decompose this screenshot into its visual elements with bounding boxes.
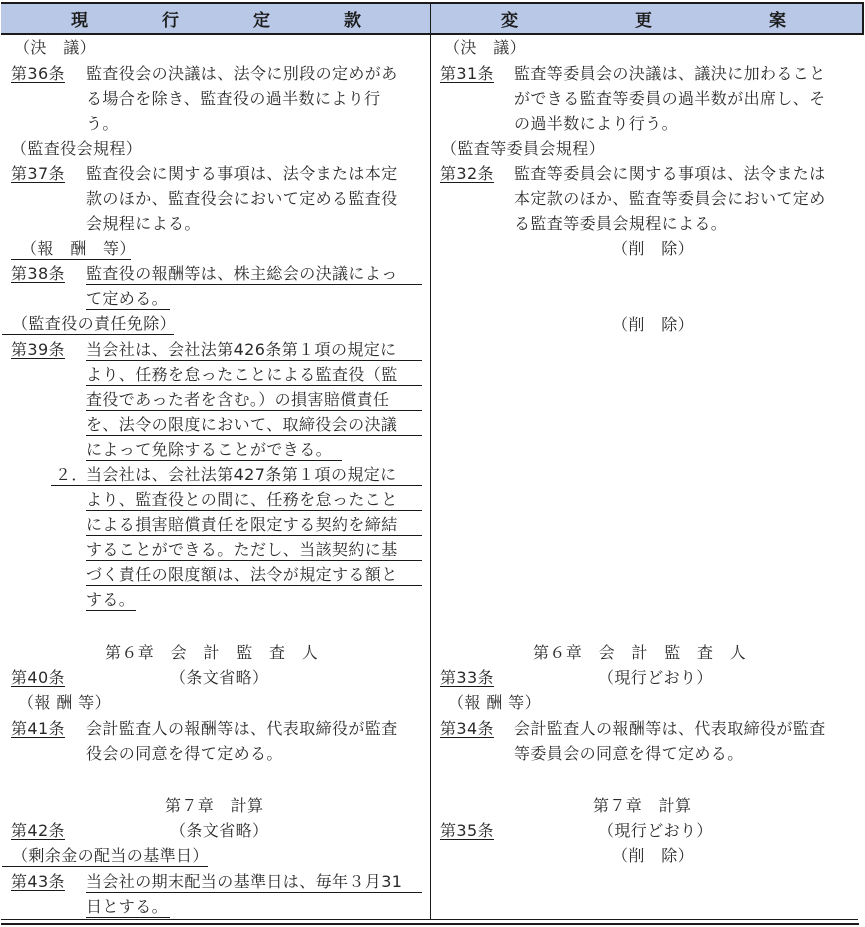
article-line: の過半数により行う。 bbox=[514, 114, 678, 134]
article-line: う。 bbox=[86, 114, 119, 134]
article-caption: （決 議） bbox=[444, 38, 526, 58]
article-line: 監査役の報酬等は、株主総会の決議によっ bbox=[86, 264, 422, 285]
header-char: 案 bbox=[769, 6, 786, 31]
article-number: 第33条 bbox=[440, 668, 494, 688]
article-caption: （報 酬 等） bbox=[11, 239, 131, 260]
article-unchanged: （現行どおり） bbox=[598, 821, 713, 841]
article-caption: （報 酬 等） bbox=[448, 693, 541, 713]
article-line: 当会社は、会社法第427条第１項の規定に bbox=[86, 465, 422, 486]
article-omitted: （条文省略） bbox=[170, 668, 268, 688]
articles-comparison-table: 現 行 定 款 変 更 案 （決 議） 第36条 監査役会の決議は、法令に別段の… bbox=[0, 0, 865, 927]
article-line: 会計監査人の報酬等は、代表取締役が監査 bbox=[514, 719, 826, 739]
article-line: による損害賠償責任を限定する契約を締結 bbox=[86, 515, 422, 536]
deleted-placeholder: （削 除） bbox=[612, 315, 694, 335]
article-unchanged: （現行どおり） bbox=[598, 668, 713, 688]
header-current-articles: 現 行 定 款 bbox=[71, 4, 361, 33]
article-line: ができる監査等委員の過半数が出席し、そ bbox=[514, 89, 826, 109]
header-char: 現 bbox=[71, 6, 88, 31]
header-right-border bbox=[862, 2, 864, 35]
article-number: 第34条 bbox=[440, 719, 494, 739]
article-caption: （剰余金の配当の基準日） bbox=[2, 846, 208, 867]
article-number: 第31条 bbox=[440, 64, 494, 84]
article-caption: （監査等委員会規程） bbox=[441, 139, 605, 159]
article-line: 査役であった者を含む。）の損害賠償責任 bbox=[86, 390, 422, 411]
deleted-placeholder: （削 除） bbox=[612, 846, 694, 866]
article-line: 等委員会の同意を得て定める。 bbox=[514, 744, 744, 764]
article-caption: （監査役会規程） bbox=[11, 139, 142, 159]
article-line: 監査役会の決議は、法令に別段の定めがあ bbox=[86, 64, 398, 84]
chapter-heading: 第７章 計算 bbox=[165, 796, 263, 816]
article-line: る場合を除き、監査役の過半数により行 bbox=[86, 89, 381, 109]
article-line: 監査等委員会に関する事項は、法令または bbox=[514, 164, 826, 184]
article-line: する。 bbox=[86, 590, 136, 611]
article-line: より、監査役との間に、任務を怠ったこと bbox=[86, 490, 422, 511]
paragraph-number: ２． bbox=[51, 465, 86, 486]
article-caption: （報 酬 等） bbox=[18, 693, 111, 713]
article-number: 第32条 bbox=[440, 164, 494, 184]
table-bottom-double-rule bbox=[1, 923, 859, 925]
deleted-placeholder: （削 除） bbox=[612, 239, 694, 259]
header-char: 更 bbox=[635, 6, 652, 31]
article-line: することができる。ただし、当該契約に基 bbox=[86, 540, 422, 561]
chapter-heading: 第６章 会 計 監 査 人 bbox=[533, 643, 746, 663]
header-char: 行 bbox=[162, 6, 179, 31]
article-line: 款のほか、監査役会において定める監査役 bbox=[86, 189, 398, 209]
header-char: 変 bbox=[501, 6, 518, 31]
article-caption: （決 議） bbox=[14, 38, 96, 58]
article-line: 役会の同意を得て定める。 bbox=[86, 744, 283, 764]
article-number: 第40条 bbox=[11, 668, 65, 688]
article-line: 本定款のほか、監査等委員会において定め bbox=[514, 189, 826, 209]
article-caption: （監査役の責任免除） bbox=[2, 314, 174, 335]
article-number: 第37条 bbox=[11, 164, 65, 184]
article-line: 当会社は、会社法第426条第１項の規定に bbox=[86, 340, 422, 361]
article-line: より、任務を怠ったことによる監査役（監 bbox=[86, 365, 422, 386]
article-number: 第41条 bbox=[11, 719, 65, 739]
header-char: 定 bbox=[253, 6, 270, 31]
article-line: て定める。 bbox=[86, 289, 170, 310]
article-line: 会計監査人の報酬等は、代表取締役が監査 bbox=[86, 719, 398, 739]
article-omitted: （条文省略） bbox=[170, 821, 268, 841]
article-number: 第39条 bbox=[11, 340, 65, 360]
article-number: 第43条 bbox=[11, 872, 65, 892]
article-number: 第38条 bbox=[11, 264, 65, 284]
table-header: 現 行 定 款 変 更 案 bbox=[1, 2, 863, 35]
article-line: 監査等委員会の決議は、議決に加わること bbox=[514, 64, 826, 84]
article-number: 第35条 bbox=[440, 821, 494, 841]
article-line: を、法令の限度において、取締役会の決議 bbox=[86, 415, 422, 436]
article-line: づく責任の限度額は、法令が規定する額と bbox=[86, 565, 422, 586]
article-number: 第36条 bbox=[11, 64, 65, 84]
article-line: 会規程による。 bbox=[86, 214, 201, 234]
article-line: によって免除することができる。 bbox=[86, 440, 342, 461]
chapter-heading: 第６章 会 計 監 査 人 bbox=[105, 643, 318, 663]
chapter-heading: 第７章 計算 bbox=[593, 796, 691, 816]
header-char: 款 bbox=[344, 6, 361, 31]
article-line: 監査役会に関する事項は、法令または本定 bbox=[86, 164, 398, 184]
header-proposed-changes: 変 更 案 bbox=[501, 4, 786, 33]
column-divider bbox=[430, 2, 431, 920]
article-number: 第42条 bbox=[11, 821, 65, 841]
article-line: 日とする。 bbox=[86, 897, 170, 918]
article-line: る監査等委員会規程による。 bbox=[514, 214, 727, 234]
article-line: 当会社の期末配当の基準日は、毎年３月31 bbox=[86, 872, 422, 893]
table-bottom-rule bbox=[1, 919, 858, 920]
